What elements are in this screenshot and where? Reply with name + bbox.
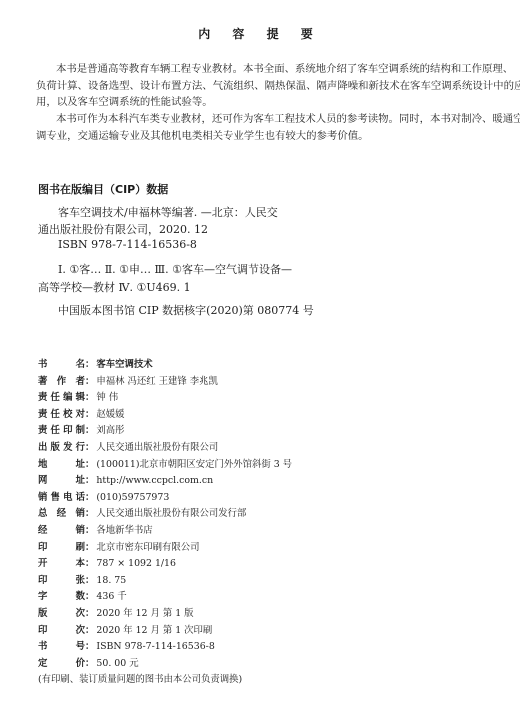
colophon-value: 钟 伟 — [96, 389, 118, 403]
colophon-row: 版次：2020 年 12 月 第 1 版 — [38, 605, 194, 619]
colophon-value: ISBN 978-7-114-16536-8 — [96, 641, 214, 652]
colophon-row: 经销：各地新华书店 — [38, 522, 153, 536]
colophon-value: 北京市密东印刷有限公司 — [96, 539, 199, 553]
colophon-key: 网址 — [38, 472, 85, 486]
colophon-row: 地址：(100011)北京市朝阳区安定门外外馆斜街 3 号 — [38, 456, 292, 470]
cip-line: ISBN 978-7-114-16536-8 — [58, 238, 197, 251]
summary-line: 调专业，交通运输专业及其他机电类相关专业学生也有较大的参考价值。 — [36, 128, 369, 145]
colophon-value: 2020 年 12 月 第 1 次印刷 — [96, 622, 212, 636]
colophon-key: 经销 — [38, 522, 85, 536]
colophon-separator: ： — [85, 655, 94, 669]
colophon-value: (100011)北京市朝阳区安定门外外馆斜街 3 号 — [96, 456, 292, 470]
colophon-value: 申福林 冯还红 王建锋 李兆凯 — [96, 373, 217, 387]
colophon-separator: ： — [85, 422, 94, 436]
colophon-separator: ： — [85, 572, 94, 586]
colophon-key: 印张 — [38, 572, 85, 586]
colophon-row: 印刷：北京市密东印刷有限公司 — [38, 539, 200, 553]
colophon-separator: ： — [85, 638, 94, 652]
colophon-row: 著作者：申福林 冯还红 王建锋 李兆凯 — [38, 373, 218, 387]
colophon-value: 18. 75 — [96, 575, 126, 586]
cip-line: Ⅰ. ①客… Ⅱ. ①申… Ⅲ. ①客车—空气调节设备— — [58, 261, 292, 277]
colophon-row: 定价：50. 00 元 — [38, 655, 139, 669]
colophon-note: (有印刷、装订质量问题的图书由本公司负责调换) — [38, 671, 242, 685]
summary-line: 用，以及客车空调系统的性能试验等。 — [36, 94, 213, 111]
colophon-row: 字数：436 千 — [38, 588, 127, 602]
colophon-separator: ： — [85, 539, 94, 553]
colophon-separator: ： — [85, 356, 94, 370]
colophon-row: 印张：18. 75 — [38, 572, 126, 586]
summary-line: 负荷计算、设备选型、设计布置方法、气流组织、隔热保温、隔声降噪和新技术在客车空调… — [36, 78, 520, 95]
colophon-row: 开本：787 × 1092 1/16 — [38, 555, 176, 569]
colophon-value: http://www.ccpcl.com.cn — [96, 475, 213, 486]
colophon-separator: ： — [85, 522, 94, 536]
colophon-key: 字数 — [38, 588, 85, 602]
colophon-value: 人民交通出版社股份有限公司发行部 — [96, 505, 246, 519]
colophon-separator: ： — [85, 622, 94, 636]
colophon-key: 销售电话 — [38, 489, 85, 503]
colophon-key: 地址 — [38, 456, 85, 470]
colophon-key: 书名 — [38, 356, 85, 370]
colophon-key: 定价 — [38, 655, 85, 669]
colophon-key: 著作者 — [38, 373, 85, 387]
colophon-row: 印次：2020 年 12 月 第 1 次印刷 — [38, 622, 212, 636]
colophon-key: 出版发行 — [38, 439, 85, 453]
colophon-separator: ： — [85, 489, 94, 503]
colophon-separator: ： — [85, 373, 94, 387]
colophon-separator: ： — [85, 472, 94, 486]
colophon-value: 赵媛媛 — [96, 406, 124, 420]
colophon-row: 网址：http://www.ccpcl.com.cn — [38, 472, 213, 486]
colophon-key: 印次 — [38, 622, 85, 636]
colophon-key: 印刷 — [38, 539, 85, 553]
colophon-separator: ： — [85, 406, 94, 420]
colophon-value: (010)59757973 — [96, 492, 169, 503]
colophon-separator: ： — [85, 555, 94, 569]
cip-heading: 图书在版编目（CIP）数据 — [38, 181, 168, 197]
colophon-value: 人民交通出版社股份有限公司 — [96, 439, 218, 453]
colophon-value: 各地新华书店 — [96, 522, 152, 536]
colophon-row: 责任编辑：钟 伟 — [38, 389, 118, 403]
colophon-key: 责任印制 — [38, 422, 85, 436]
colophon-value: 436 千 — [96, 588, 126, 602]
colophon-row: 书号：ISBN 978-7-114-16536-8 — [38, 638, 215, 652]
summary-title: 内 容 提 要 — [0, 25, 520, 42]
colophon-key: 责任校对 — [38, 406, 85, 420]
colophon-key: 版次 — [38, 605, 85, 619]
summary-line: 本书是普通高等教育车辆工程专业教材。本书全面、系统地介绍了客车空调系统的结构和工… — [56, 61, 513, 78]
cip-line: 通出版社股份有限公司，2020. 12 — [38, 221, 208, 237]
colophon-value: 2020 年 12 月 第 1 版 — [96, 605, 193, 619]
colophon-row: 销售电话：(010)59757973 — [38, 489, 169, 503]
cip-line: 客车空调技术/申福林等编著. —北京：人民交 — [58, 204, 278, 220]
colophon-separator: ： — [85, 505, 94, 519]
colophon-separator: ： — [85, 588, 94, 602]
colophon-value: 50. 00 元 — [96, 655, 138, 669]
colophon-separator: ： — [85, 439, 94, 453]
cip-line: 中国版本图书馆 CIP 数据核字(2020)第 080774 号 — [58, 302, 314, 318]
colophon-row: 总经销：人民交通出版社股份有限公司发行部 — [38, 505, 246, 519]
colophon-value: 787 × 1092 1/16 — [96, 558, 176, 569]
cip-line: 高等学校—教材 Ⅳ. ①U469. 1 — [38, 279, 191, 295]
colophon-key: 开本 — [38, 555, 85, 569]
colophon-value: 客车空调技术 — [96, 356, 152, 370]
colophon-value: 刘高彤 — [96, 422, 124, 436]
colophon-key: 书号 — [38, 638, 85, 652]
colophon-separator: ： — [85, 389, 94, 403]
colophon-row: 出版发行：人民交通出版社股份有限公司 — [38, 439, 218, 453]
colophon-separator: ： — [85, 456, 94, 470]
colophon-row: 责任印制：刘高彤 — [38, 422, 125, 436]
colophon-row: 责任校对：赵媛媛 — [38, 406, 125, 420]
colophon-key: 责任编辑 — [38, 389, 85, 403]
colophon-separator: ： — [85, 605, 94, 619]
summary-line: 本书可作为本科汽车类专业教材，还可作为客车工程技术人员的参考读物。同时，本书对制… — [56, 111, 520, 128]
colophon-key: 总经销 — [38, 505, 85, 519]
colophon-row: 书名：客车空调技术 — [38, 356, 153, 370]
